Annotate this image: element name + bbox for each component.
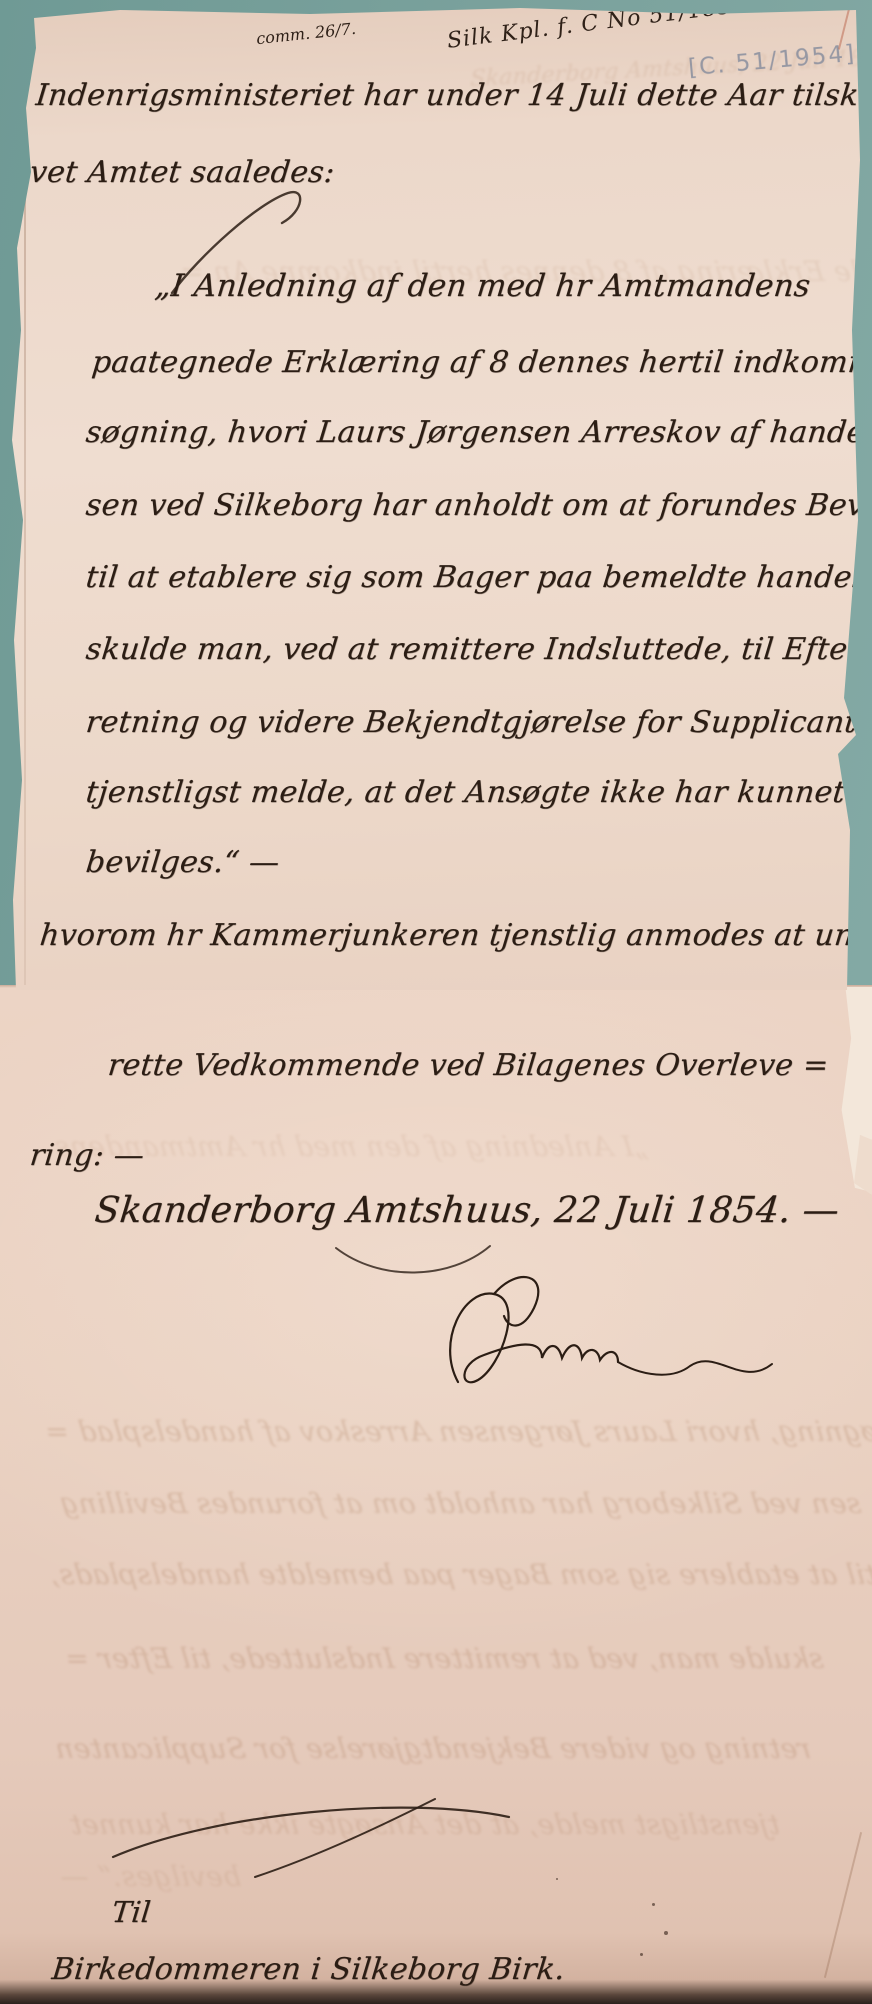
handwritten-line: paategnede Erklæring af 8 dennes hertil …: [90, 345, 872, 380]
handwritten-line: sen ved Silkeborg har anholdt om at foru…: [84, 488, 872, 523]
crease-line: [24, 180, 26, 985]
ink-speck: [640, 1953, 643, 1956]
handwritten-line: søgning, hvori Laurs Jørgensen Arreskov …: [84, 415, 872, 450]
handwritten-line: retning og videre Bekjendtgjørelse for S…: [84, 705, 872, 740]
bleedthrough-line: skulde man, ved at remittere Indsluttede…: [63, 1642, 825, 1675]
letter-page-1: Skanderborg Amtshuus, 22 Juli 1854. — pa…: [0, 0, 872, 990]
communication-note: comm. 26/7.: [255, 19, 357, 48]
opening-quote-flourish: [160, 185, 320, 295]
handwritten-line: tjenstligst melde, at det Ansøgte ikke h…: [84, 775, 847, 810]
handwritten-line: til at etablere sig som Bager paa bemeld…: [84, 560, 872, 595]
bleedthrough-line: til at etablere sig som Bager paa bemeld…: [48, 1558, 872, 1591]
ink-speck: [664, 1931, 668, 1935]
handwritten-line: ring: —: [28, 1138, 146, 1173]
date-line: Skanderborg Amtshuus, 22 Juli 1854. —: [93, 1190, 841, 1231]
handwritten-line: hvorom hr Kammerjunkeren tjenstlig anmod…: [38, 918, 872, 953]
address-line: Birkedommeren i Silkeborg Birk.: [50, 1952, 567, 1987]
signature-flourish: [105, 1793, 535, 1885]
crease-line: [824, 1832, 862, 1978]
bleedthrough-line: sen ved Silkeborg har anholdt om at foru…: [58, 1487, 862, 1520]
bleedthrough-line: retning og videre Bekjendtgjørelse for S…: [53, 1732, 812, 1765]
address-line: Til: [110, 1895, 152, 1929]
handwritten-line: Indenrigsministeriet har under 14 Juli d…: [34, 78, 872, 113]
letter-page-2: „I Anledning af den med hr Amtmandens sø…: [0, 985, 872, 2004]
ink-speck: [652, 1903, 655, 1906]
bleedthrough-line: søgning, hvori Laurs Jørgensen Arreskov …: [43, 1415, 872, 1448]
ink-speck: [556, 1878, 558, 1880]
handwritten-line: rette Vedkommende ved Bilagenes Overleve…: [106, 1048, 830, 1083]
handwritten-line: bevilges.“ —: [84, 845, 281, 880]
handwritten-line: skulde man, ved at remittere Indsluttede…: [84, 632, 872, 667]
signature: [420, 1270, 780, 1400]
